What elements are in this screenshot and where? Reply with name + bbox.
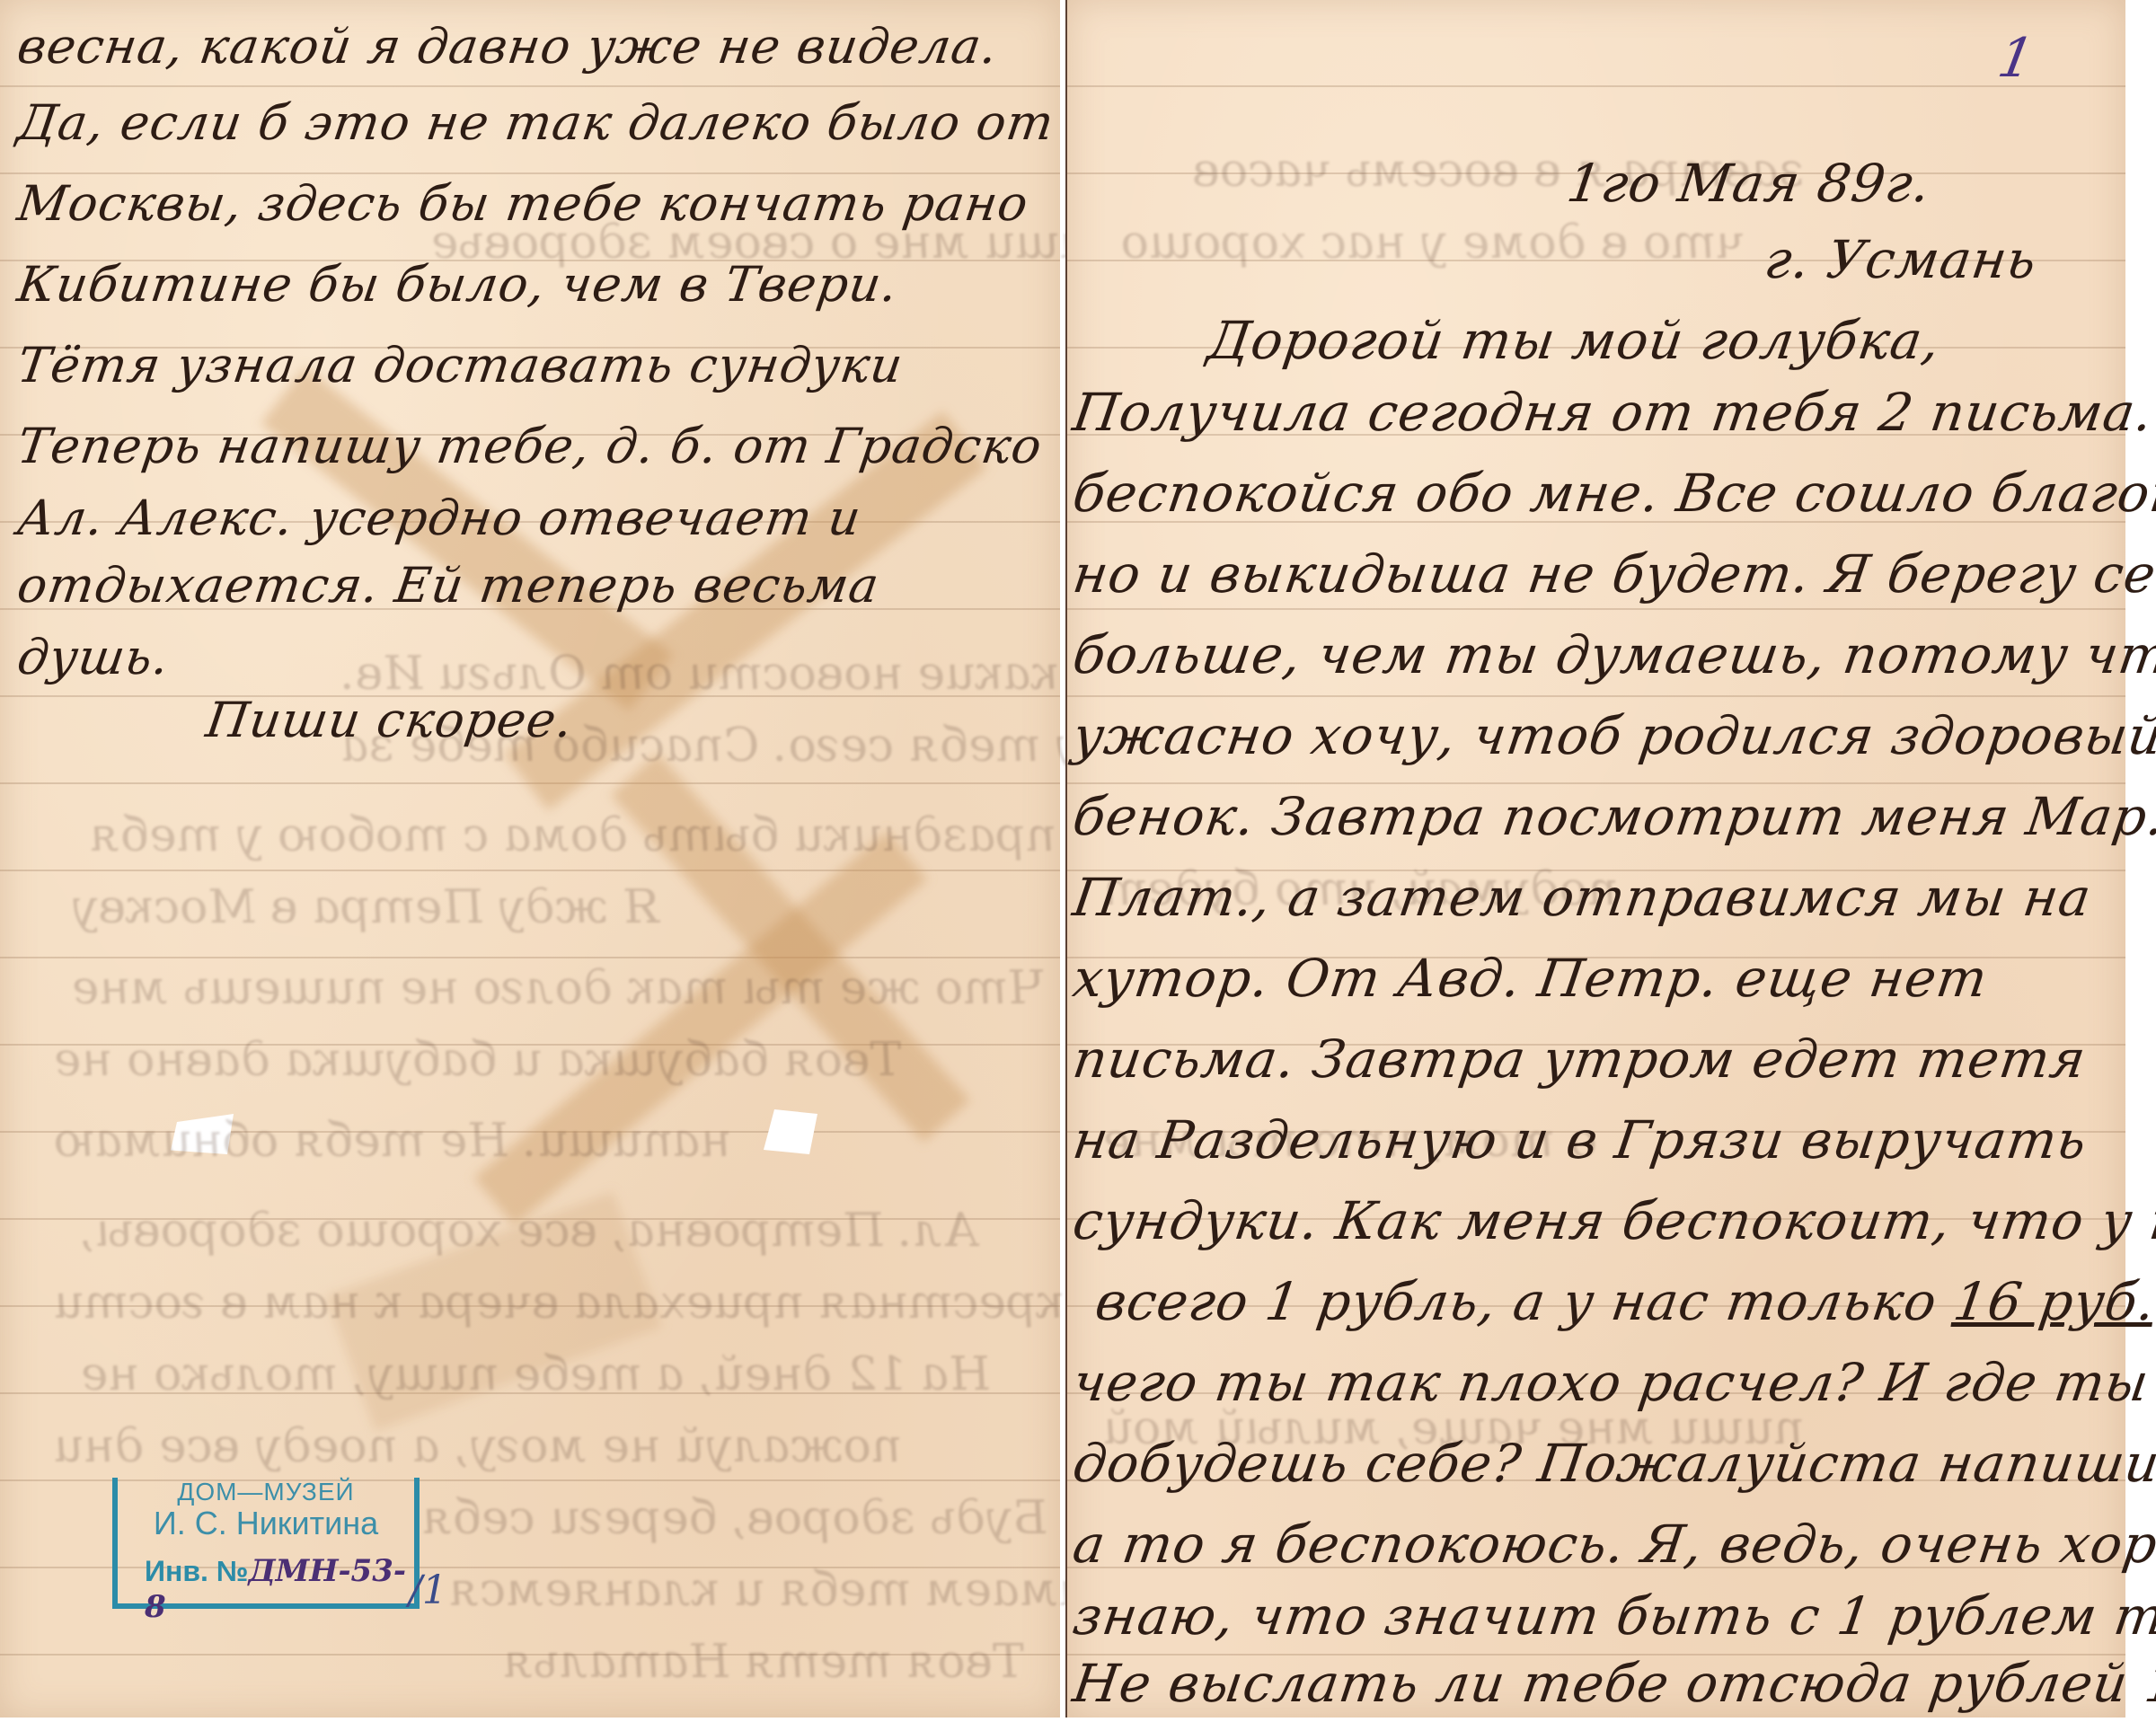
stamp-suffix: /1 [409,1567,447,1613]
museum-stamp: ДОМ—МУЗЕЙ И. С. Никитина Инв. №ДМН-53-8 [112,1478,420,1609]
letter-line: Москвы, здесь бы тебе кончать рано [14,175,1032,232]
letter-salutation: Дорогой ты мой голубка, [1204,310,1944,371]
letter-line: Получила сегодня от тебя 2 письма. Не [1069,382,2156,443]
letter-line: Теперь напишу тебе, д. б. от Градско [14,418,1047,474]
letter-line: на Раздельную и в Грязи выручать [1069,1109,2090,1170]
letter-line: больше, чем ты думаешь, потому что [1069,624,2156,685]
letter-line: письма. Завтра утром едет тетя [1069,1029,2090,1090]
stamp-museum-person: И. С. Никитина [118,1505,414,1542]
letter-line: но и выкидыша не будет. Я берегу себя [1069,543,2156,605]
left-page: напиши мне о своем здоровье И какие ново… [0,0,1060,1718]
stamp-inventory-label: Инв. № [145,1555,248,1587]
letter-line: бенок. Завтра посмотрит меня Мар. [1069,786,2156,847]
letter-date: 1го Мая 89г. [1563,153,1934,214]
letter-line: весна, какой я давно уже не видела. [14,18,1002,75]
letter-line: Ал. Алекс. усердно отвечает и [14,490,865,546]
letter-line: всего 1 рубль, а у нас только 16 руб. [1091,1271,2156,1332]
letter-line: Да, если б это не так далеко было от [14,94,1058,151]
letter-line: Не выслать ли тебе отсюда рублей 10? [1069,1653,2156,1714]
letter-line: душь. [14,629,173,685]
letter-line: сундуки. Как меня беспокоит, что у тебя [1069,1190,2156,1251]
letter-line: Кибитине бы было, чем в Твери. [14,256,902,313]
letter-line: а то я беспокоюсь. Я, ведь, очень хоро- [1069,1514,2156,1575]
letter-closing: Пиши скорее. [203,692,577,748]
letter-line: знаю, что значит быть с 1 рублем теперь. [1069,1585,2156,1647]
letter-line: ужасно хочу, чтоб родился здоровый ре- [1069,705,2156,766]
paper-tear [764,1109,817,1154]
letter-line: хутор. От Авд. Петр. еще нет [1069,948,1992,1009]
letter-place: г. Усмань [1761,229,2041,290]
letter-line: Тётя узнала доставать сундуки [14,337,907,393]
letter-line: отдыхается. Ей теперь весьма [14,557,883,614]
stamp-museum-name: ДОМ—МУЗЕЙ [118,1478,414,1506]
underlined-amount: 16 руб. [1950,1271,2156,1332]
letter-line: беспокойся обо мне. Все сошло благополуч… [1069,463,2156,524]
letter-line: добудешь себе? Пожалуйста напиши [1069,1433,2156,1494]
letter-line: Плат., а затем отправимся мы на [1069,867,2095,928]
stamp-inventory: Инв. №ДМН-53-8 [118,1553,414,1625]
letter-line: чего ты так плохо расчел? И где ты [1069,1352,2152,1413]
